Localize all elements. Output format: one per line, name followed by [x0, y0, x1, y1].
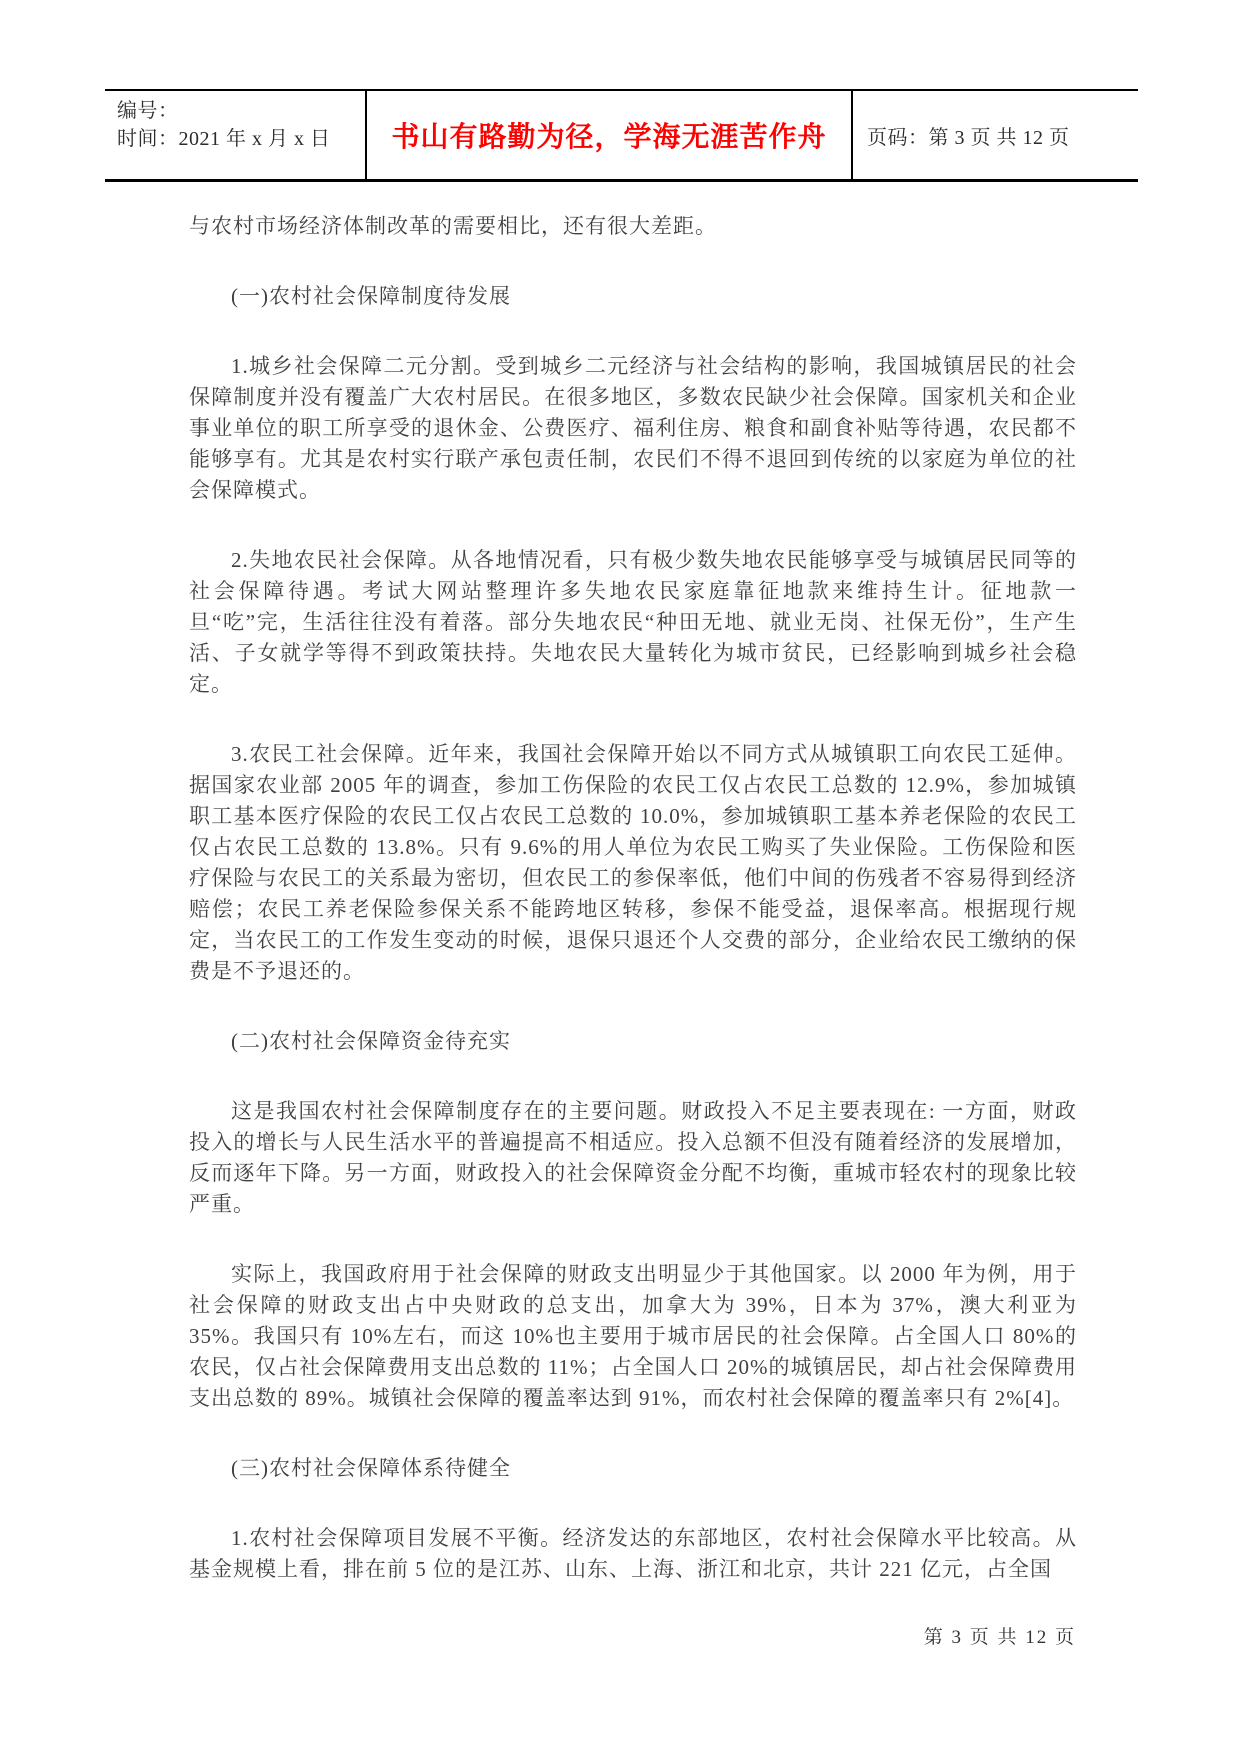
section-heading-1: (一)农村社会保障制度待发展: [189, 281, 1077, 312]
document-body: 与农村市场经济体制改革的需要相比，还有很大差距。 (一)农村社会保障制度待发展 …: [189, 211, 1077, 1624]
document-page: 编号： 时间：2021 年 x 月 x 日 书山有路勤为径，学海无涯苦作舟 页码…: [0, 0, 1241, 1754]
banner-motto-text: 书山有路勤为径，学海无涯苦作舟: [391, 115, 826, 155]
page-number-label: 页码：第 3 页 共 12 页: [867, 121, 1070, 150]
paragraph-fiscal-comparison: 实际上，我国政府用于社会保障的财政支出明显少于其他国家。以 2000 年为例，用…: [189, 1259, 1077, 1414]
doc-number-field: 编号：: [117, 97, 359, 125]
page-footer: 第 3 页 共 12 页: [924, 1622, 1076, 1649]
paragraph-landless-farmers: 2.失地农民社会保障。从各地情况看，只有极少数失地农民能够享受与城镇居民同等的社…: [189, 545, 1077, 700]
paragraph-urban-rural-split: 1.城乡社会保障二元分割。受到城乡二元经济与社会结构的影响，我国城镇居民的社会保…: [189, 351, 1077, 506]
paragraph-continuation: 与农村市场经济体制改革的需要相比，还有很大差距。: [189, 211, 1077, 242]
paragraph-funding-problem: 这是我国农村社会保障制度存在的主要问题。财政投入不足主要表现在: 一方面，财政投…: [189, 1096, 1077, 1220]
footer-page-label: 第 3 页 共 12 页: [924, 1627, 1076, 1648]
section-heading-3: (三)农村社会保障体系待健全: [189, 1453, 1077, 1484]
paragraph-uneven-development: 1.农村社会保障项目发展不平衡。经济发达的东部地区，农村社会保障水平比较高。从基…: [189, 1523, 1077, 1585]
doc-date-field: 时间：2021 年 x 月 x 日: [117, 125, 359, 153]
header-page-cell: 页码：第 3 页 共 12 页: [853, 91, 1138, 179]
header-table: 编号： 时间：2021 年 x 月 x 日 书山有路勤为径，学海无涯苦作舟 页码…: [105, 89, 1138, 182]
header-left-cell: 编号： 时间：2021 年 x 月 x 日: [105, 91, 367, 179]
paragraph-migrant-workers: 3.农民工社会保障。近年来，我国社会保障开始以不同方式从城镇职工向农民工延伸。据…: [189, 739, 1077, 987]
section-heading-2: (二)农村社会保障资金待充实: [189, 1026, 1077, 1057]
header-banner-cell: 书山有路勤为径，学海无涯苦作舟: [367, 91, 853, 179]
